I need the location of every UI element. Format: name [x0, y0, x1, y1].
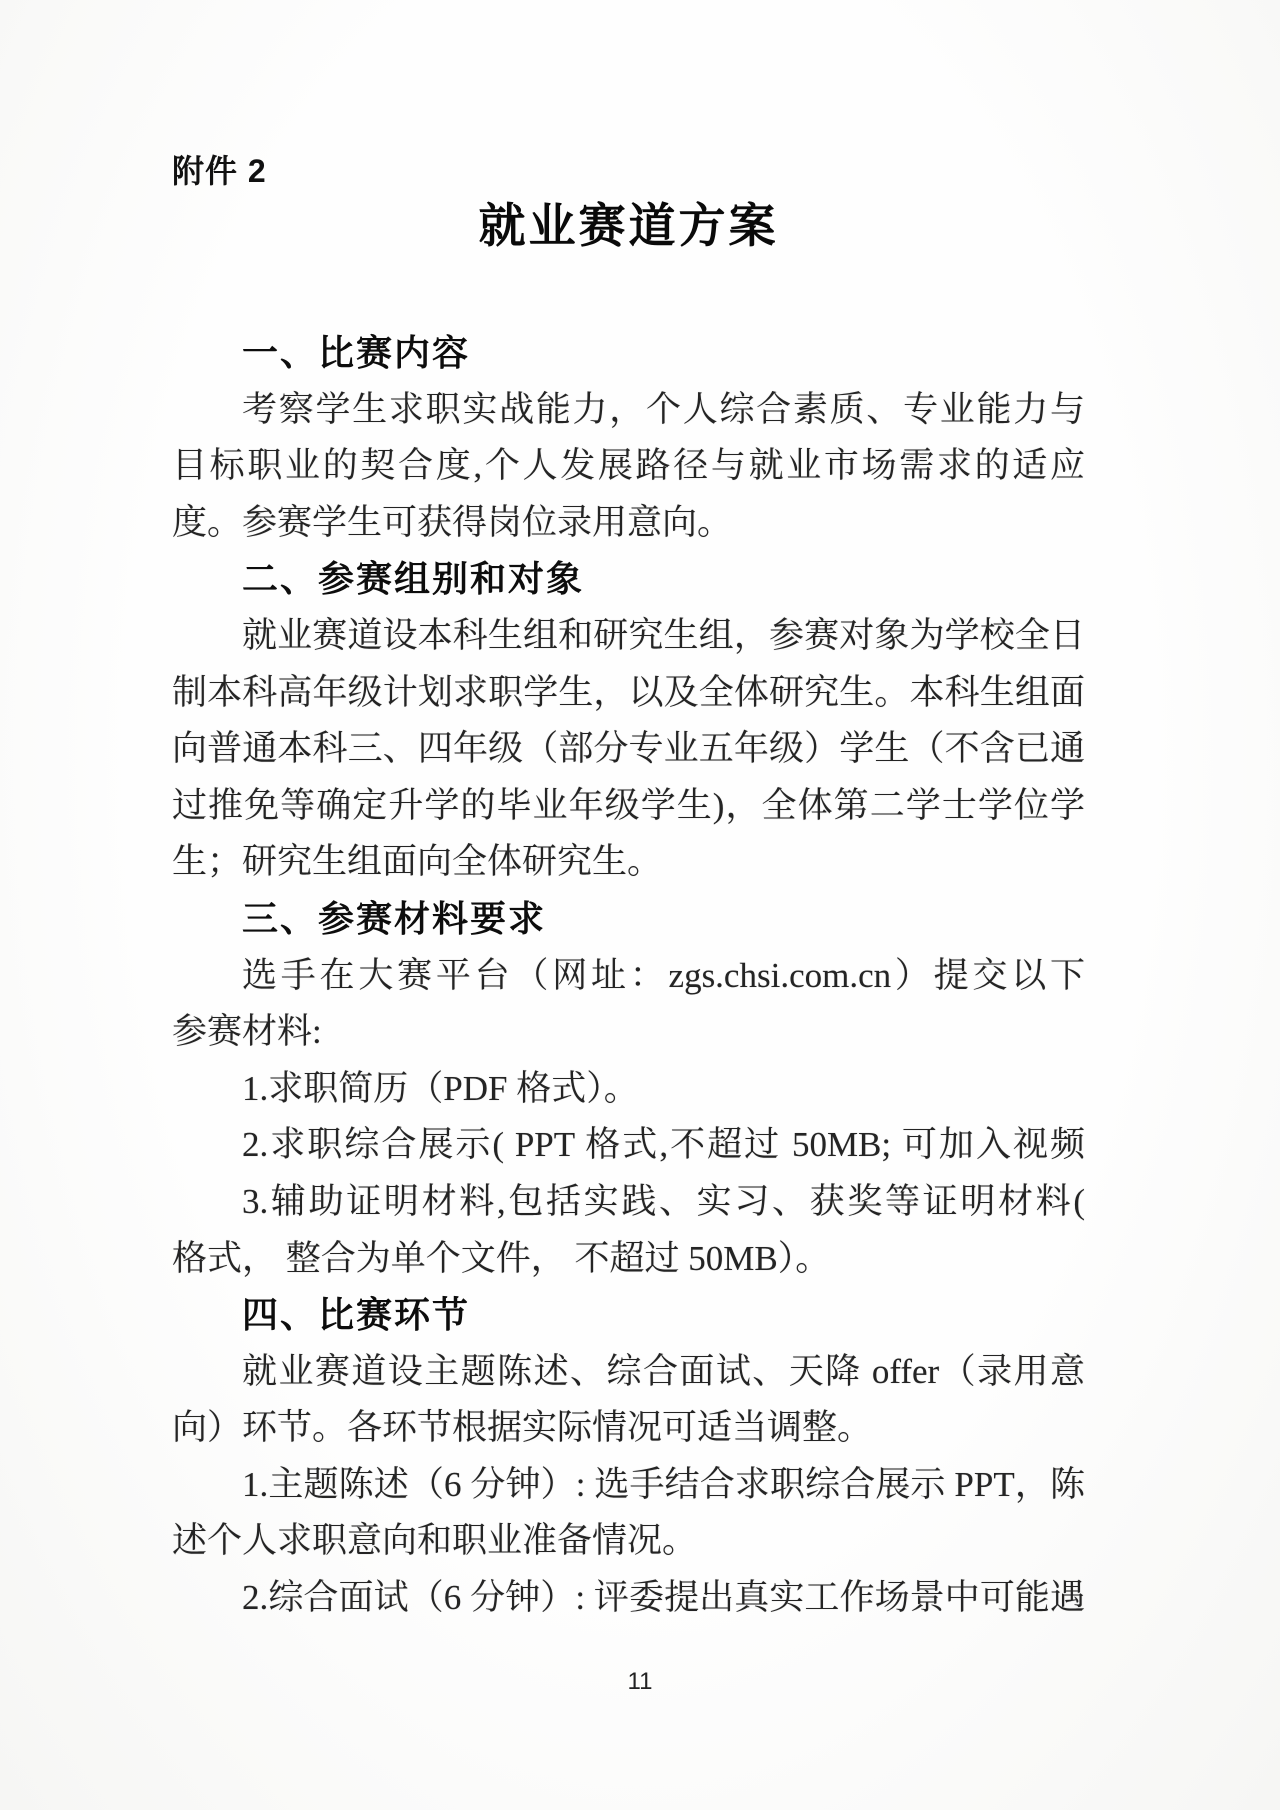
- section-heading: 四、比赛环节: [172, 1287, 1085, 1344]
- body-line: 2.求职综合展示( PPT 格式,不超过 50MB; 可加入视频 )。: [172, 1117, 1085, 1174]
- document-page: 附件 2 就业赛道方案 一、比赛内容考察学生求职实战能力，个人综合素质、专业能力…: [0, 0, 1280, 1810]
- document-body: 一、比赛内容考察学生求职实战能力，个人综合素质、专业能力与目标职业的契合度,个人…: [172, 325, 1085, 1627]
- body-line: 1.求职简历（PDF 格式）。: [172, 1061, 1085, 1118]
- section-heading: 三、参赛材料要求: [172, 891, 1085, 948]
- body-line: 度。参赛学生可获得岗位录用意向。: [172, 495, 1085, 552]
- body-line: 参赛材料:: [172, 1004, 1085, 1061]
- section-heading: 二、参赛组别和对象: [172, 551, 1085, 608]
- body-line: 就业赛道设本科生组和研究生组，参赛对象为学校全日: [172, 608, 1085, 665]
- section-heading: 一、比赛内容: [172, 325, 1085, 382]
- body-line: 选手在大赛平台（网址：zgs.chsi.com.cn）提交以下: [172, 948, 1085, 1005]
- document-title: 就业赛道方案: [172, 196, 1085, 258]
- body-line: 过推免等确定升学的毕业年级学生)，全体第二学士学位学: [172, 778, 1085, 835]
- page-number: 11: [0, 1668, 1280, 1696]
- body-line: 3.辅助证明材料,包括实践、实习、获奖等证明材料( PDF: [172, 1174, 1085, 1231]
- body-line: 1.主题陈述（6 分钟）: 选手结合求职综合展示 PPT，陈: [172, 1457, 1085, 1514]
- body-line: 向普通本科三、四年级（部分专业五年级）学生（不含已通: [172, 721, 1085, 778]
- body-line: 就业赛道设主题陈述、综合面试、天降 offer（录用意: [172, 1344, 1085, 1401]
- body-line: 目标职业的契合度,个人发展路径与就业市场需求的适应: [172, 438, 1085, 495]
- body-line: 格式， 整合为单个文件， 不超过 50MB）。: [172, 1231, 1085, 1288]
- body-line: 述个人求职意向和职业准备情况。: [172, 1513, 1085, 1570]
- body-line: 生；研究生组面向全体研究生。: [172, 834, 1085, 891]
- body-line: 向）环节。各环节根据实际情况可适当调整。: [172, 1400, 1085, 1457]
- body-line: 2.综合面试（6 分钟）: 评委提出真实工作场景中可能遇: [172, 1570, 1085, 1627]
- attachment-label: 附件 2: [172, 146, 267, 192]
- body-line: 制本科高年级计划求职学生，以及全体研究生。本科生组面: [172, 665, 1085, 722]
- body-line: 考察学生求职实战能力，个人综合素质、专业能力与: [172, 382, 1085, 439]
